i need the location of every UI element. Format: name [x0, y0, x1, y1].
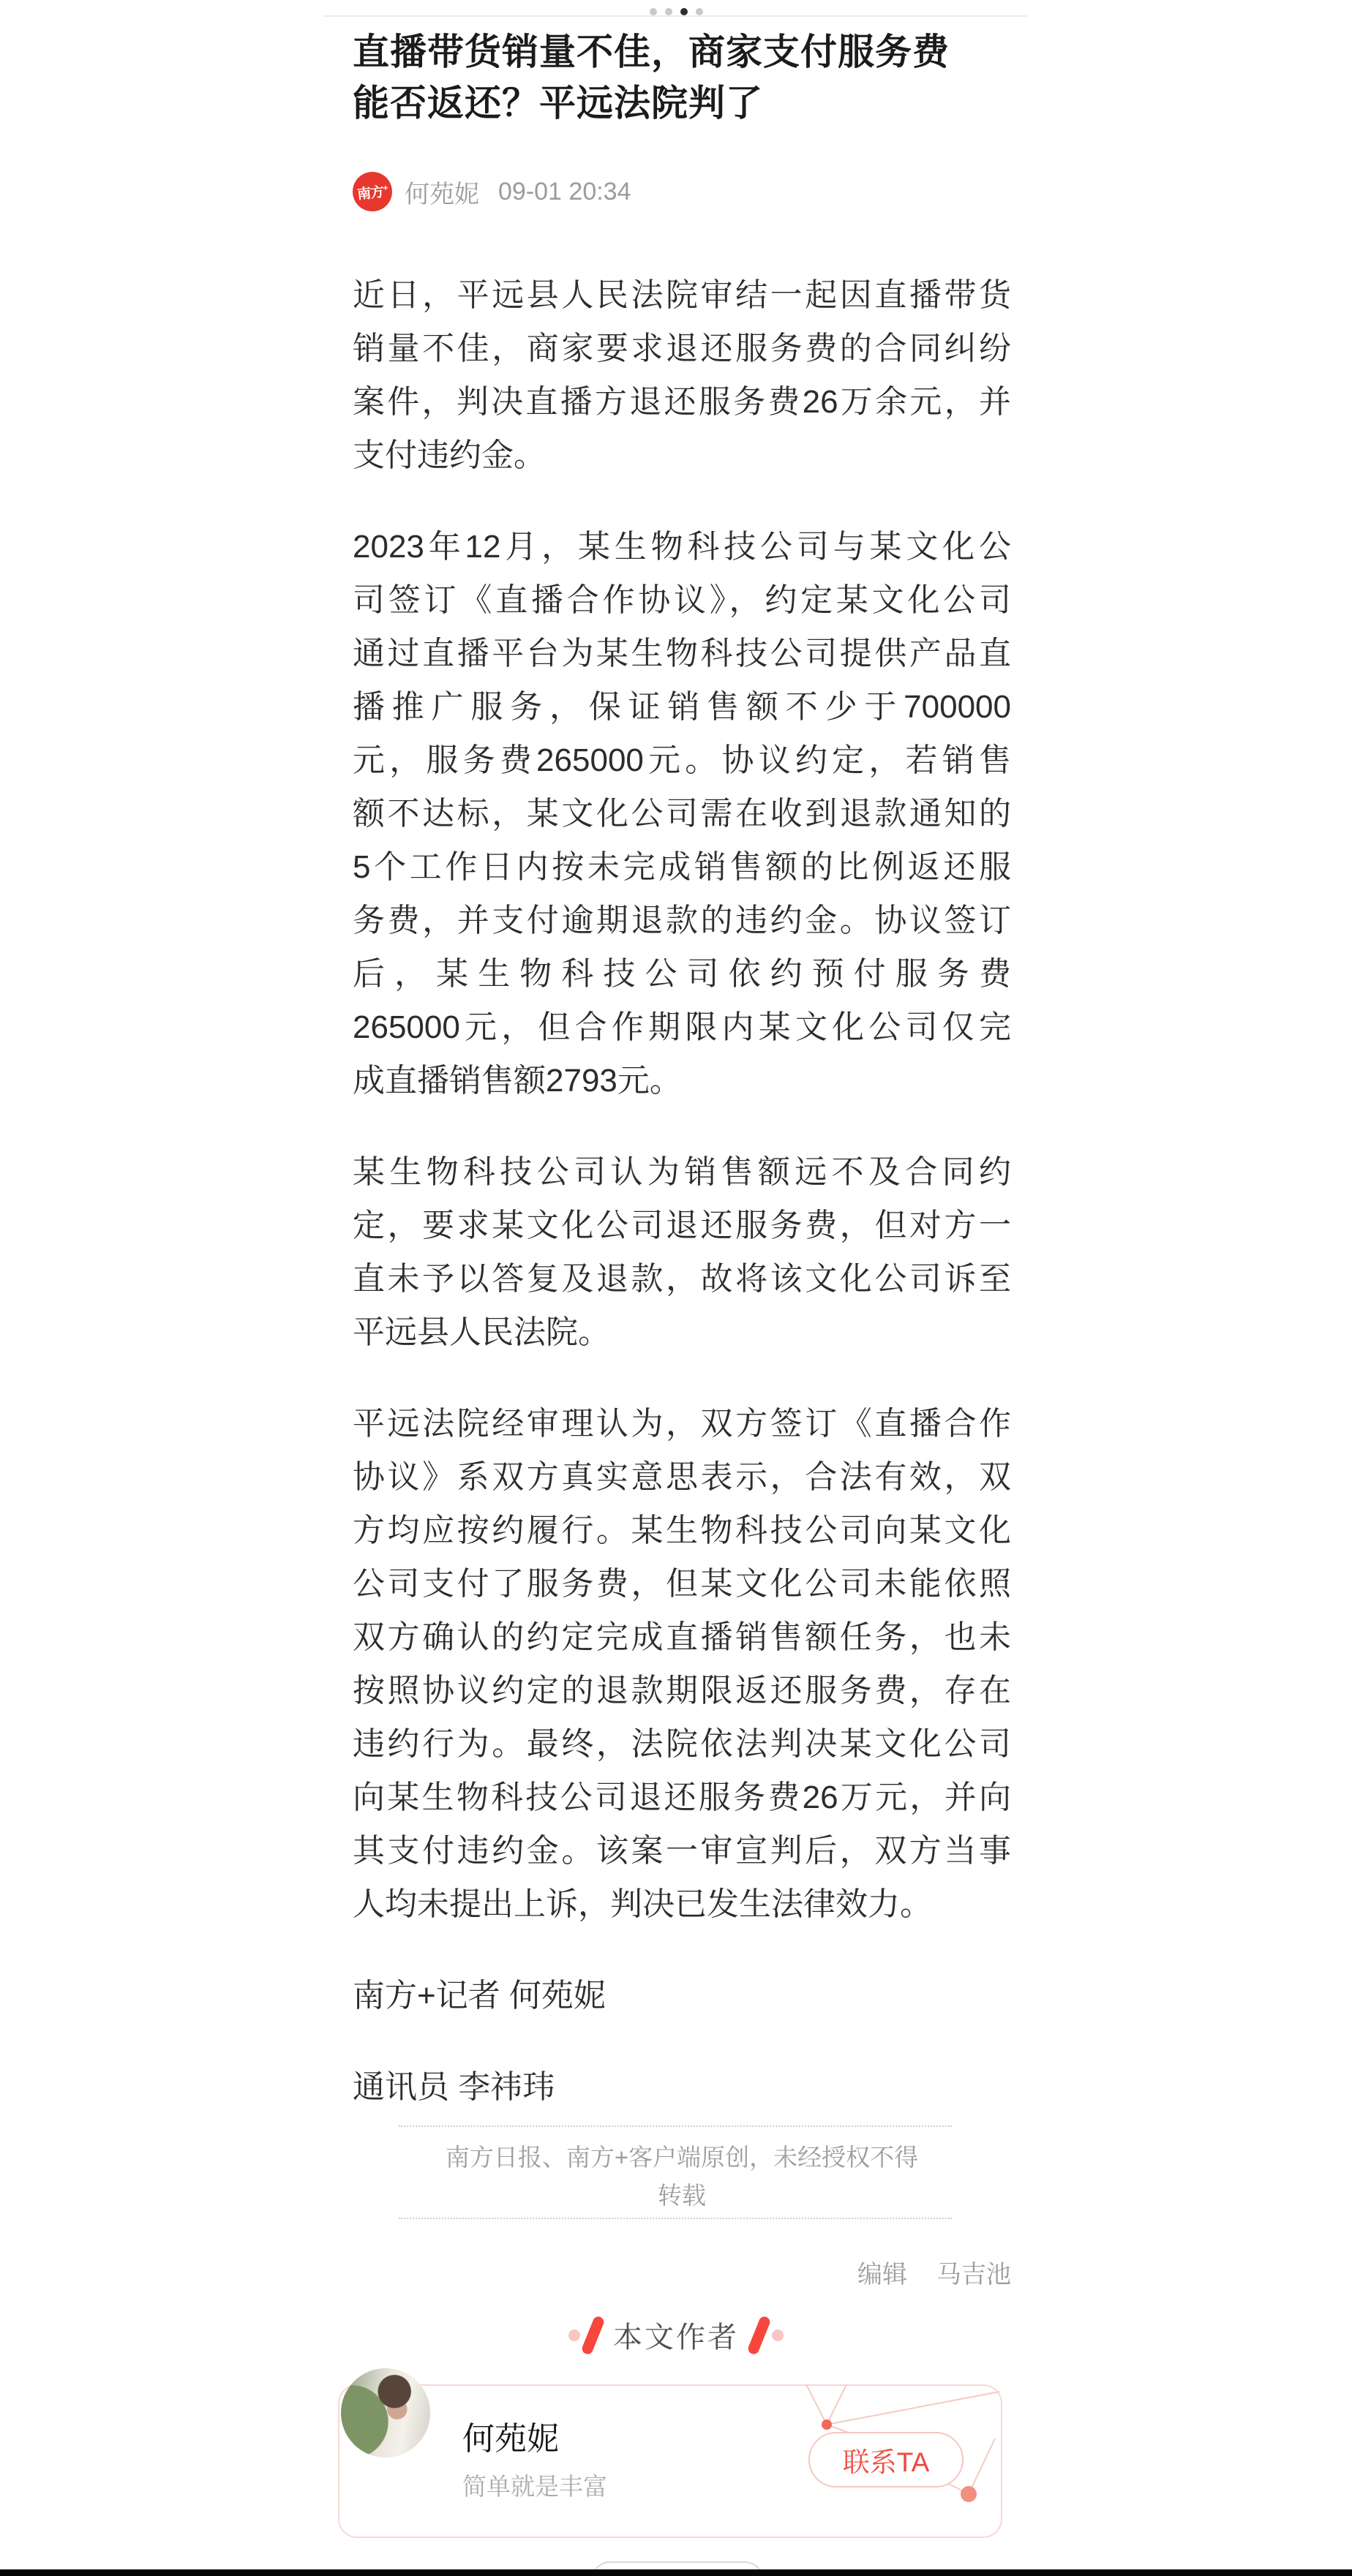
- body-line: 直未予以答复及退款，故将该文化公司诉至: [353, 1252, 1011, 1306]
- paragraph: 2023年12月，某生物科技公司与某文化公司签订《直播合作协议》，约定某文化公司…: [353, 520, 1011, 1107]
- body-line: 向某生物科技公司退还服务费26万元，并向: [353, 1771, 1011, 1824]
- body-line: 支付违约金。: [353, 429, 1011, 482]
- body-line: 销量不佳，商家要求退还服务费的合同纠纷: [353, 322, 1011, 375]
- article-page: 直播带货销量不佳，商家支付服务费能否返还？平远法院判了 南方+ 何苑妮 09-0…: [0, 0, 1352, 2576]
- copyright-line: 南方日报、南方+客户端原创，未经授权不得: [353, 2139, 1011, 2177]
- body-line: 成直播销售额2793元。: [353, 1054, 1011, 1107]
- article-title: 直播带货销量不佳，商家支付服务费能否返还？平远法院判了: [353, 26, 1011, 129]
- body-line: 额不达标，某文化公司需在收到退款通知的: [353, 787, 1011, 840]
- body-line: 案件，判决直播方退还服务费26万余元，并: [353, 375, 1011, 429]
- copyright-notice: 南方日报、南方+客户端原创，未经授权不得转载: [353, 2139, 1011, 2215]
- body-line: 定，要求某文化公司退还服务费，但对方一: [353, 1199, 1011, 1252]
- carousel-dots: [0, 8, 1352, 15]
- body-line: 按照协议约定的退款期限返还服务费，存在: [353, 1664, 1011, 1717]
- paragraph: 南方+记者 何苑妮: [353, 1969, 1011, 2022]
- paragraph: 通讯员 李祎玮: [353, 2060, 1011, 2114]
- editor-label: 编辑: [857, 2261, 907, 2289]
- dotted-divider-top: [399, 2125, 952, 2127]
- title-line: 直播带货销量不佳，商家支付服务费: [353, 26, 1011, 78]
- article-body: 近日，平远县人民法院审结一起因直播带货销量不佳，商家要求退还服务费的合同纠纷案件…: [353, 268, 1011, 2114]
- body-line: 公司支付了服务费，但某文化公司未能依照: [353, 1557, 1011, 1611]
- body-line: 2023年12月，某生物科技公司与某文化公: [353, 520, 1011, 573]
- contact-ta-button[interactable]: 联系TA: [808, 2432, 964, 2488]
- body-line: 通过直播平台为某生物科技公司提供产品直: [353, 627, 1011, 680]
- editor-name: 马吉池: [936, 2254, 1011, 2290]
- editor-credit: 编辑马吉池: [353, 2254, 1011, 2290]
- body-line: 南方+记者 何苑妮: [353, 1969, 1011, 2022]
- author-name[interactable]: 何苑妮: [405, 174, 479, 210]
- body-line: 方均应按约履行。某生物科技公司向某文化: [353, 1504, 1011, 1557]
- section-title: 本文作者: [613, 2314, 739, 2356]
- card-author-bio: 简单就是丰富: [462, 2468, 607, 2502]
- body-line: 其支付违约金。该案一审宣判后，双方当事: [353, 1824, 1011, 1878]
- author-row: 南方+ 何苑妮 09-01 20:34: [353, 170, 1011, 213]
- body-line: 平远县人民法院。: [353, 1306, 1011, 1359]
- body-line: 265000元，但合作期限内某文化公司仅完: [353, 1001, 1011, 1054]
- carousel-dot[interactable]: [696, 8, 703, 15]
- body-line: 后，某生物科技公司依约预付服务费: [353, 947, 1011, 1001]
- body-line: 元，服务费265000元。协议约定，若销售: [353, 734, 1011, 787]
- body-line: 司签订《直播合作协议》，约定某文化公司: [353, 573, 1011, 627]
- body-line: 通讯员 李祎玮: [353, 2060, 1011, 2114]
- card-author-name[interactable]: 何苑妮: [462, 2412, 559, 2459]
- body-line: 双方确认的约定完成直播销售额任务，也未: [353, 1611, 1011, 1664]
- section-header-author: 本文作者: [0, 2314, 1352, 2356]
- body-line: 近日，平远县人民法院审结一起因直播带货: [353, 268, 1011, 322]
- bottom-black-bar: [0, 2569, 1352, 2576]
- author-avatar[interactable]: [341, 2368, 430, 2458]
- body-line: 播推广服务，保证销售额不少于700000: [353, 680, 1011, 734]
- body-line: 某生物科技公司认为销售额远不及合同约: [353, 1145, 1011, 1199]
- title-line: 能否返还？平远法院判了: [353, 78, 1011, 129]
- top-divider: [323, 15, 1027, 17]
- paragraph: 近日，平远县人民法院审结一起因直播带货销量不佳，商家要求退还服务费的合同纠纷案件…: [353, 268, 1011, 482]
- body-line: 违约行为。最终，法院依法判决某文化公司: [353, 1717, 1011, 1771]
- publish-time: 09-01 20:34: [498, 178, 631, 206]
- body-line: 5个工作日内按未完成销售额的比例返还服: [353, 840, 1011, 894]
- left-slash-decoration-icon: [568, 2316, 598, 2355]
- right-slash-decoration-icon: [754, 2316, 784, 2355]
- nanfangplus-logo[interactable]: 南方+: [353, 172, 392, 211]
- paragraph: 平远法院经审理认为，双方签订《直播合作协议》系双方真实意思表示，合法有效，双方均…: [353, 1397, 1011, 1931]
- copyright-line: 转载: [353, 2177, 1011, 2215]
- carousel-dot[interactable]: [680, 8, 688, 15]
- paragraph: 某生物科技公司认为销售额远不及合同约定，要求某文化公司退还服务费，但对方一直未予…: [353, 1145, 1011, 1359]
- body-line: 务费，并支付逾期退款的违约金。协议签订: [353, 894, 1011, 947]
- carousel-dot[interactable]: [650, 8, 657, 15]
- nanfangplus-logo-text: 南方+: [356, 180, 389, 203]
- body-line: 平远法院经审理认为，双方签订《直播合作: [353, 1397, 1011, 1450]
- body-line: 协议》系双方真实意思表示，合法有效，双: [353, 1450, 1011, 1504]
- body-line: 人均未提出上诉，判决已发生法律效力。: [353, 1878, 1011, 1931]
- dotted-divider-bottom: [399, 2218, 952, 2219]
- carousel-dot[interactable]: [665, 8, 672, 15]
